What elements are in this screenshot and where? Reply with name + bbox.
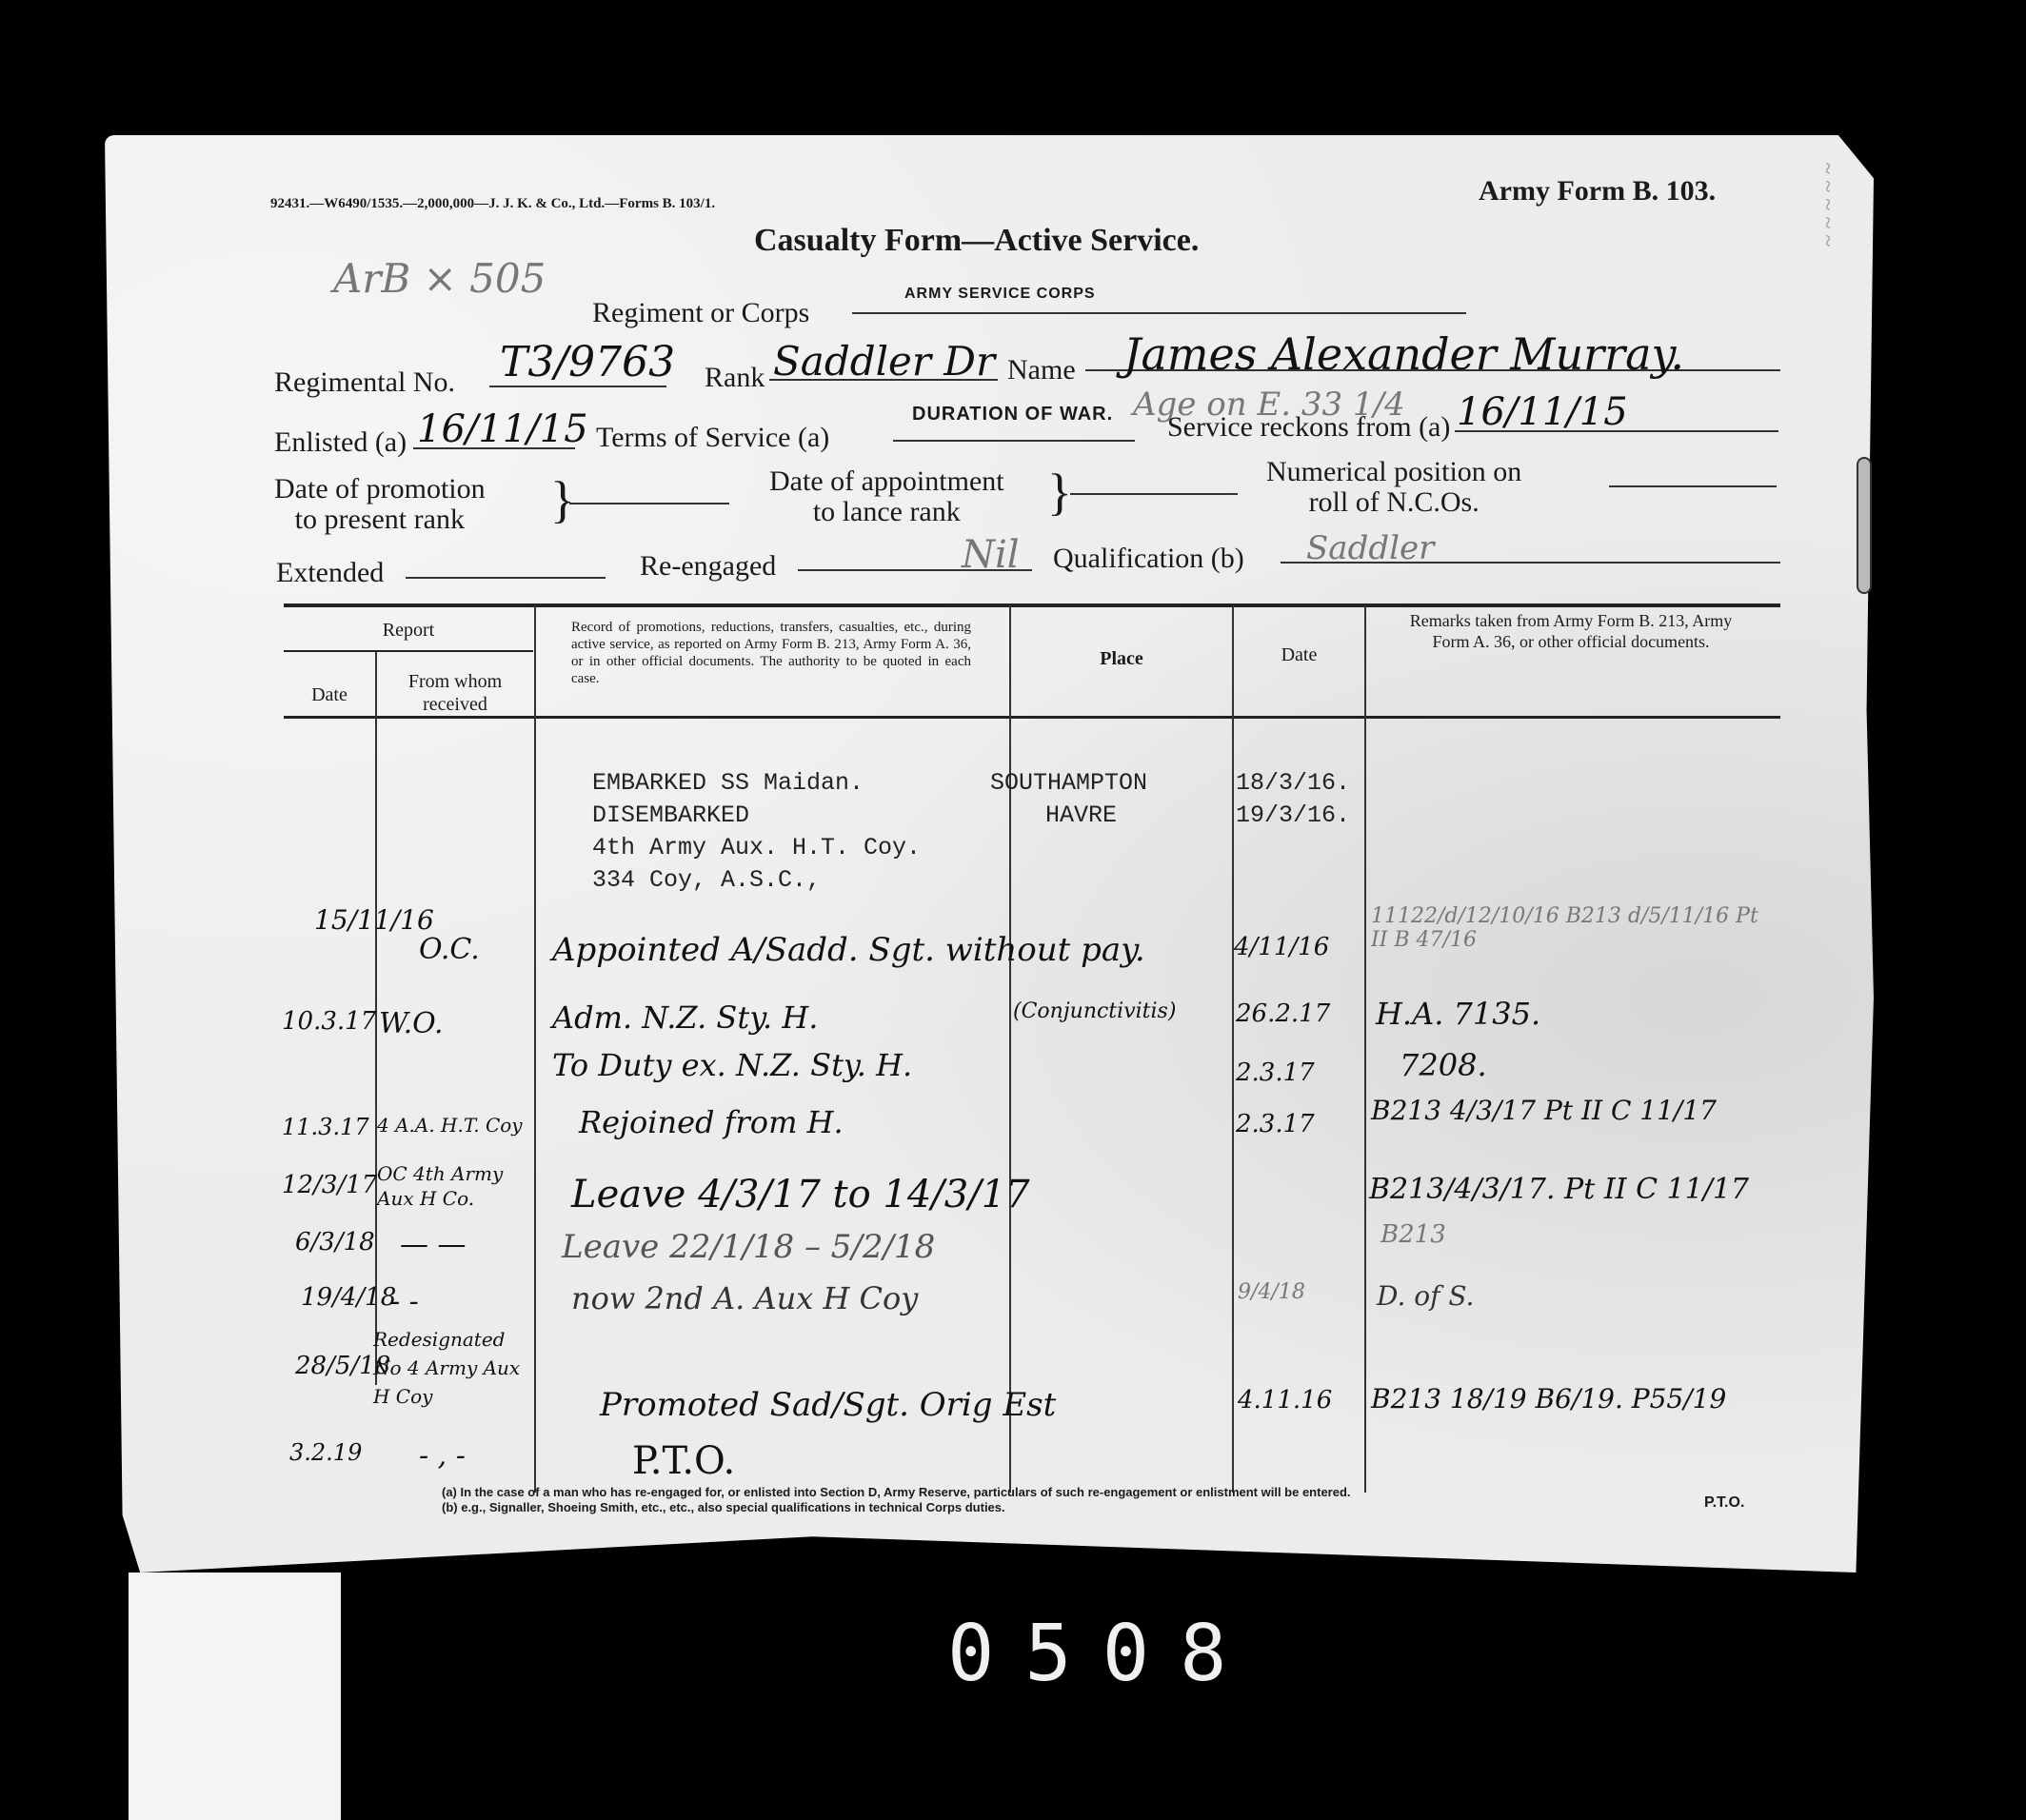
col-divider bbox=[1009, 605, 1011, 1493]
typed-record: 334 Coy, A.S.C., bbox=[592, 866, 821, 894]
promotion-label: Date of promotion to present rank bbox=[274, 474, 486, 535]
row-from: - , - bbox=[419, 1439, 466, 1473]
reengaged-label: Re-engaged bbox=[640, 550, 776, 583]
extended-label: Extended bbox=[276, 557, 384, 589]
name-value: James Alexander Murray. bbox=[1123, 328, 1684, 380]
row-remarks: B213 bbox=[1380, 1220, 1446, 1249]
row-record: Leave 22/1/18 – 5/2/18 bbox=[562, 1228, 935, 1266]
row-remarks: H.A. 7135. bbox=[1376, 996, 1540, 1032]
row-remarks: B213 4/3/17 Pt II C 11/17 bbox=[1371, 1095, 1717, 1126]
typed-place: SOUTHAMPTON bbox=[990, 769, 1147, 797]
terms-value: DURATION OF WAR. bbox=[912, 404, 1113, 425]
footnote-a: (a) In the case of a man who has re-enga… bbox=[442, 1485, 1351, 1499]
row-from: 4 A.A. H.T. Coy bbox=[377, 1114, 523, 1137]
row-remarks: B213/4/3/17. Pt II C 11/17 bbox=[1369, 1173, 1749, 1206]
row-date: 15/11/16 bbox=[314, 904, 434, 936]
nco-value-line bbox=[1609, 485, 1777, 487]
row-date: 19/4/18 bbox=[301, 1283, 396, 1312]
header-date-2: Date bbox=[1234, 643, 1364, 666]
row-record: now 2nd A. Aux H Coy bbox=[571, 1280, 918, 1316]
enlisted-label: Enlisted (a) bbox=[274, 426, 407, 459]
header-date: Date bbox=[284, 683, 375, 706]
row-record: P.T.O. bbox=[632, 1439, 735, 1483]
margin-pencil-mark: ~ ~ ~ ~ ~ bbox=[1814, 162, 1839, 581]
row-remarks: B213 18/19 B6/19. P55/19 bbox=[1371, 1380, 1780, 1418]
row-date: 11.3.17 bbox=[282, 1114, 369, 1140]
row-date-2: 2.3.17 bbox=[1236, 1058, 1315, 1087]
row-date: 12/3/17 bbox=[282, 1171, 377, 1199]
regiment-label: Regiment or Corps bbox=[592, 297, 809, 329]
regiment-value: ARMY SERVICE CORPS bbox=[904, 286, 1096, 303]
row-date-2: 4.11.16 bbox=[1238, 1386, 1332, 1414]
footnote-pto: P.T.O. bbox=[1704, 1494, 1744, 1512]
col-divider bbox=[1364, 605, 1366, 1493]
row-remarks: 11122/d/12/10/16 B213 d/5/11/16 Pt II B … bbox=[1371, 904, 1771, 952]
typed-record: 4th Army Aux. H.T. Coy. bbox=[592, 834, 921, 861]
row-date-2: 4/11/16 bbox=[1234, 933, 1329, 961]
regimental-no-label: Regimental No. bbox=[274, 366, 455, 399]
row-remarks: D. of S. bbox=[1377, 1280, 1474, 1312]
brace: } bbox=[1047, 466, 1072, 518]
row-from: — — bbox=[400, 1228, 467, 1261]
brace: } bbox=[550, 474, 575, 525]
lance-value-line bbox=[1070, 493, 1238, 495]
paper-clip bbox=[1857, 457, 1872, 594]
qualification-value: Saddler bbox=[1306, 529, 1434, 567]
terms-label: Terms of Service (a) bbox=[596, 422, 829, 454]
nco-label: Numerical position on roll of N.C.Os. bbox=[1266, 457, 1521, 518]
row-record: To Duty ex. N.Z. Sty. H. bbox=[552, 1047, 912, 1083]
printer-line: 92431.—W6490/1535.—2,000,000—J. J. K. & … bbox=[270, 196, 715, 212]
row-date-2: 2.3.17 bbox=[1236, 1110, 1315, 1138]
frame-number: 0508 bbox=[947, 1609, 1257, 1699]
enlisted-value: 16/11/15 bbox=[417, 407, 588, 451]
table-head-rule bbox=[284, 716, 1780, 719]
header-remarks: Remarks taken from Army Form B. 213, Arm… bbox=[1400, 611, 1742, 652]
row-remarks: 7208. bbox=[1400, 1047, 1487, 1083]
row-from: OC 4th Army Aux H Co. bbox=[377, 1161, 529, 1211]
row-date: 3.2.19 bbox=[289, 1439, 362, 1466]
service-reckons-value: 16/11/15 bbox=[1457, 390, 1628, 434]
col-divider bbox=[534, 605, 536, 1493]
row-from: W.O. bbox=[379, 1007, 444, 1040]
report-sub-rule bbox=[284, 650, 533, 652]
row-from: - - bbox=[390, 1285, 419, 1318]
typed-date: 19/3/16. bbox=[1236, 801, 1350, 829]
row-record: Appointed A/Sadd. Sgt. without pay. bbox=[552, 931, 1145, 969]
row-from: O.C. bbox=[419, 933, 480, 966]
typed-place: HAVRE bbox=[1045, 801, 1117, 829]
rank-value: Saddler Dr bbox=[773, 338, 995, 385]
file-ref-handwritten: ArB × 505 bbox=[333, 255, 546, 302]
white-label-tab bbox=[129, 1573, 341, 1820]
row-date-2: 26.2.17 bbox=[1236, 999, 1330, 1028]
row-record: Rejoined from H. bbox=[579, 1104, 844, 1140]
header-place: Place bbox=[1011, 647, 1232, 670]
row-date-2: 9/4/18 bbox=[1238, 1280, 1305, 1304]
header-from-whom: From whom received bbox=[379, 670, 531, 716]
row-record: Adm. N.Z. Sty. H. bbox=[552, 999, 818, 1036]
name-label: Name bbox=[1007, 354, 1076, 386]
row-date: 6/3/18 bbox=[295, 1228, 375, 1256]
footnote-b: (b) e.g., Signaller, Shoeing Smith, etc.… bbox=[442, 1500, 1005, 1514]
table-top-rule bbox=[284, 603, 1780, 607]
promotion-value-line bbox=[569, 503, 729, 504]
typed-record: DISEMBARKED bbox=[592, 801, 749, 829]
reengaged-value: Nil bbox=[962, 533, 1020, 577]
col-divider bbox=[1232, 605, 1234, 1493]
lance-label: Date of appointment to lance rank bbox=[769, 466, 1004, 527]
form-id: Army Form B. 103. bbox=[1479, 175, 1716, 208]
header-report: Report bbox=[284, 619, 533, 642]
header-record: Record of promotions, reductions, transf… bbox=[571, 619, 971, 687]
page-title: Casualty Form—Active Service. bbox=[754, 223, 1199, 259]
row-record: Leave 4/3/17 to 14/3/17 bbox=[571, 1173, 1030, 1217]
qualification-label: Qualification (b) bbox=[1053, 543, 1244, 575]
typed-record: EMBARKED SS Maidan. bbox=[592, 769, 864, 797]
row-date: 10.3.17 bbox=[282, 1007, 376, 1036]
row-record: Promoted Sad/Sgt. Orig Est bbox=[600, 1386, 1056, 1424]
row-from: Redesignated No 4 Army Aux H Coy bbox=[373, 1325, 529, 1411]
typed-date: 18/3/16. bbox=[1236, 769, 1350, 797]
regimental-no-value: T3/9763 bbox=[500, 338, 675, 386]
row-place: (Conjunctivitis) bbox=[1013, 999, 1176, 1023]
service-reckons-label: Service reckons from (a) bbox=[1167, 411, 1450, 444]
rank-label: Rank bbox=[705, 362, 765, 394]
